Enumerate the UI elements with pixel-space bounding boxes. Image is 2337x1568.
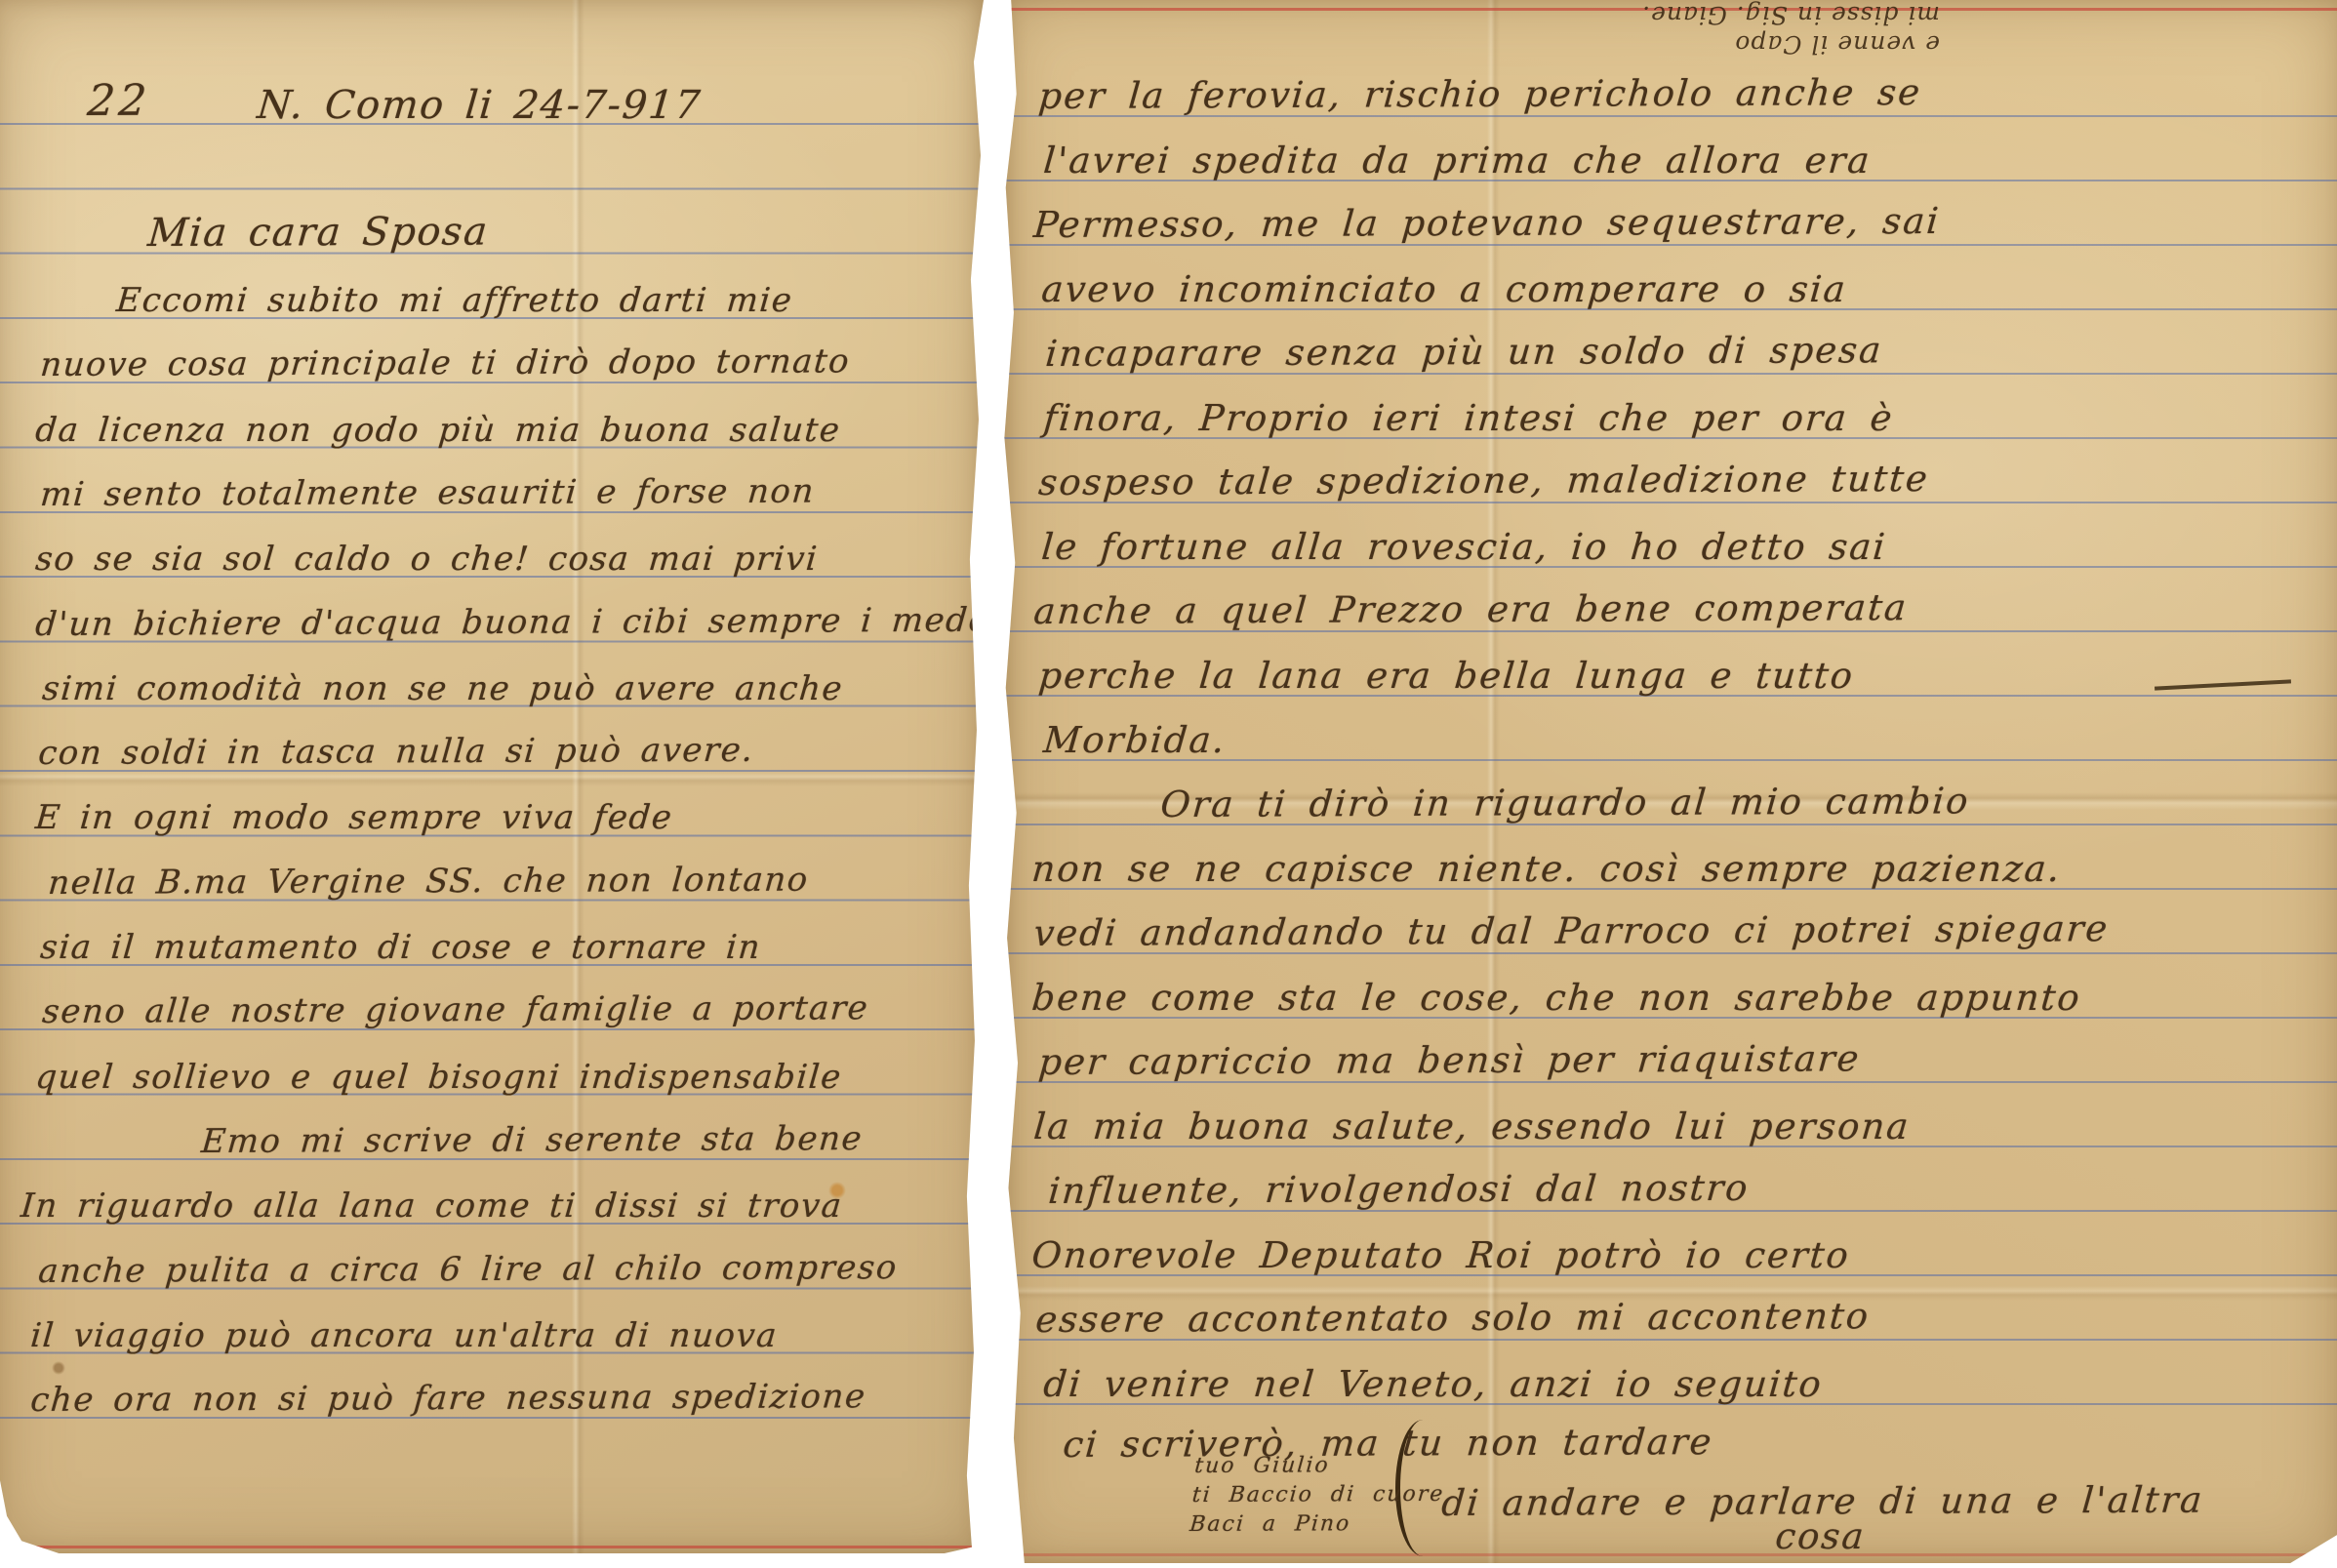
handwriting-line: so se sia sol caldo o che! cosa mai priv…: [34, 543, 820, 576]
handwriting-line: nuove cosa principale ti dirò dopo torna…: [39, 344, 852, 382]
handwriting-line: Ora ti dirò in riguardo al mio cambio: [1159, 783, 1971, 823]
handwriting-line: vedi andandando tu dal Parroco ci potrei…: [1032, 910, 2111, 951]
handwriting-line: il viaggio può ancora un'altra di nuova: [29, 1319, 779, 1352]
inverted-note-line: mi disse in Sig. Giane.: [1179, 0, 1940, 29]
handwriting-line: da licenza non godo più mia buona salute: [34, 414, 842, 447]
signature-line: ti Baccio di cuore: [1190, 1480, 1445, 1510]
handwriting-line: la mia buona salute, essendo lui persona: [1032, 1108, 1912, 1145]
signature-line: Baci a Pino: [1189, 1509, 1443, 1540]
handwriting-line: d'un bichiere d'acqua buona i cibi sempr…: [34, 604, 984, 641]
handwriting-line: anche pulita a circa 6 lire al chilo com…: [37, 1251, 899, 1288]
handwriting-line: per capriccio ma bensì per riaquistare: [1037, 1040, 1862, 1080]
handwriting-line: avevo incominciato a comperare o sia: [1040, 271, 1848, 307]
handwriting-line: l'avrei spedita da prima che allora era: [1042, 142, 1873, 179]
handwriting-line: simi comodità non se ne può avere anche: [41, 672, 845, 705]
handwriting-line: Morbida.: [1042, 722, 1228, 758]
page-number: 22: [86, 80, 152, 123]
handwriting-line: mi sento totalmente esauriti e forse non: [39, 475, 816, 511]
dateline: N. Como li 24-7-917: [256, 86, 703, 125]
handwriting-line: per la ferovia, rischio pericholo anche …: [1037, 74, 1923, 114]
handwriting-line: E in ogni modo sempre viva fede: [34, 801, 674, 834]
salutation: Mia cara Sposa: [146, 212, 490, 253]
handwriting-line: influente, rivolgendosi dal nostro: [1047, 1170, 1751, 1209]
handwriting-line: con soldi in tasca nulla si può avere.: [37, 734, 755, 770]
handwriting-line: bene come sta le cose, che non sarebbe a…: [1030, 980, 2082, 1016]
handwriting-line: In riguardo alla lana come ti dissi si t…: [20, 1189, 844, 1223]
closing-word: cosa: [1774, 1518, 1867, 1554]
handwriting-line: finora, Proprio ieri intesi che per ora …: [1042, 400, 1895, 436]
signature-line: tuo Giulio: [1193, 1451, 1448, 1481]
scanned-letter: 22 N. Como li 24-7-917 Mia cara Sposa Ec…: [0, 0, 2337, 1568]
handwriting-line: non se ne capisce niente. così sempre pa…: [1030, 851, 2063, 887]
handwriting-line: di venire nel Veneto, anzi io seguito: [1042, 1366, 1824, 1402]
handwriting-line: sospeso tale spedizione, maledizione tut…: [1037, 461, 1930, 501]
handwriting-line: essere accontentato solo mi accontento: [1034, 1298, 1872, 1338]
handwriting-line: perche la lana era bella lunga e tutto: [1037, 658, 1856, 694]
inverted-marginal-note: e venne il Capo mi disse in Sig. Giane.: [1179, 0, 1940, 59]
inverted-note-line: e venne il Capo: [1179, 29, 1940, 59]
margin-line-bottom: [1003, 1553, 2337, 1556]
handwriting-line: incaparare senza più un soldo di spesa: [1044, 332, 1884, 372]
handwriting-line: Permesso, me la potevano sequestrare, sa…: [1032, 203, 1942, 243]
handwriting-line: quel sollievo e quel bisogni indispensab…: [34, 1061, 843, 1094]
letter-page-left: 22 N. Como li 24-7-917 Mia cara Sposa Ec…: [0, 0, 984, 1553]
signature-block: tuo Giulio ti Baccio di cuore Baci a Pin…: [1189, 1451, 1448, 1540]
handwriting-line: le fortune alla rovescia, io ho detto sa…: [1040, 529, 1888, 565]
handwriting-line: seno alle nostre giovane famiglie a port…: [41, 991, 870, 1028]
handwriting-line: nella B.ma Vergine SS. che non lontano: [47, 864, 810, 900]
handwriting-line: che ora non si può fare nessuna spedizio…: [29, 1380, 867, 1417]
letter-page-right: e venne il Capo mi disse in Sig. Giane. …: [1003, 0, 2337, 1563]
handwriting-line: Onorevole Deputato Roi potrò io certo: [1030, 1237, 1851, 1273]
handwriting-line: Emo mi scrive di serente sta bene: [200, 1122, 865, 1158]
handwriting-line: Eccomi subito mi affretto darti mie: [115, 284, 794, 317]
margin-line-bottom: [0, 1546, 984, 1548]
handwriting-line: sia il mutamento di cose e tornare in: [39, 931, 762, 964]
handwriting-line: anche a quel Prezzo era bene comperata: [1032, 589, 1910, 629]
